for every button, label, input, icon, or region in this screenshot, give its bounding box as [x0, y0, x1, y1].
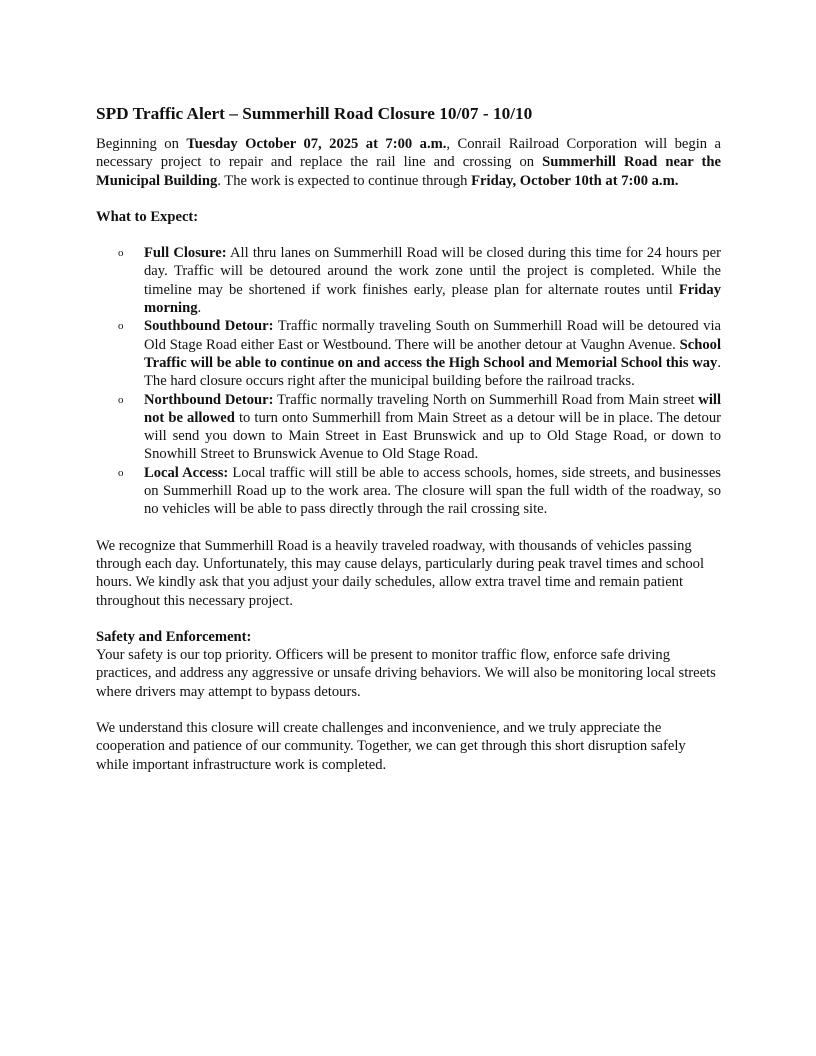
spacer [96, 190, 721, 208]
safety-heading: Safety and Enforcement: [96, 628, 721, 646]
hollow-bullet-icon: o [118, 464, 124, 482]
document-title: SPD Traffic Alert – Summerhill Road Clos… [96, 103, 721, 125]
expectations-list: o Full Closure: All thru lanes on Summer… [96, 244, 721, 518]
what-to-expect-heading: What to Expect: [96, 208, 721, 226]
spacer [96, 226, 721, 244]
list-item-northbound-detour: o Northbound Detour: Traffic normally tr… [96, 391, 721, 464]
text-run: . [198, 300, 202, 316]
list-item-local-access: o Local Access: Local traffic will still… [96, 464, 721, 519]
text-run: All thru lanes on Summerhill Road will b… [144, 245, 721, 298]
what-to-expect-heading-text: What to Expect: [96, 209, 198, 225]
list-item-southbound-detour: o Southbound Detour: Traffic normally tr… [96, 317, 721, 390]
text-run: Local traffic will still be able to acce… [144, 465, 721, 518]
bold-text-run: Full Closure: [144, 245, 227, 261]
list-item-text: Northbound Detour: Traffic normally trav… [144, 392, 721, 463]
bold-text-run: Friday, October 10th at 7:00 a.m. [471, 173, 678, 189]
list-item-text: Southbound Detour: Traffic normally trav… [144, 318, 721, 389]
spacer [96, 610, 721, 628]
hollow-bullet-icon: o [118, 244, 124, 262]
text-run: . The work is expected to continue throu… [217, 173, 471, 189]
spacer [96, 701, 721, 719]
list-item-text: Local Access: Local traffic will still b… [144, 465, 721, 518]
list-item-text: Full Closure: All thru lanes on Summerhi… [144, 245, 721, 316]
bold-text-run: Southbound Detour: [144, 318, 273, 334]
hollow-bullet-icon: o [118, 317, 124, 335]
text-run: Beginning on [96, 136, 186, 152]
bold-text-run: Local Access: [144, 465, 228, 481]
hollow-bullet-icon: o [118, 391, 124, 409]
intro-paragraph: Beginning on Tuesday October 07, 2025 at… [96, 135, 721, 190]
spacer [96, 519, 721, 537]
text-run: Traffic normally traveling North on Summ… [273, 392, 698, 408]
closing-paragraph: We understand this closure will create c… [96, 719, 721, 774]
bold-text-run: Tuesday October 07, 2025 at 7:00 a.m. [186, 136, 446, 152]
recognize-paragraph: We recognize that Summerhill Road is a h… [96, 537, 721, 610]
document-page: SPD Traffic Alert – Summerhill Road Clos… [96, 103, 721, 774]
bold-text-run: Northbound Detour: [144, 392, 273, 408]
safety-heading-text: Safety and Enforcement: [96, 629, 251, 645]
safety-paragraph: Your safety is our top priority. Officer… [96, 646, 721, 701]
list-item-full-closure: o Full Closure: All thru lanes on Summer… [96, 244, 721, 317]
